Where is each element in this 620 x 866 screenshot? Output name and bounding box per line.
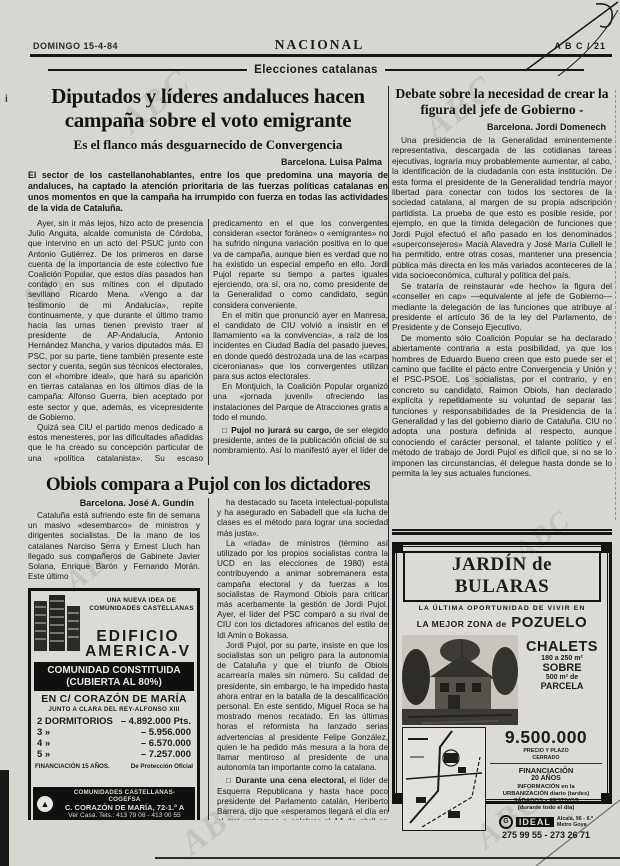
ad-corner-ornament [394,544,403,553]
article-body: Una presidencia de la Generalidad eminen… [392,135,612,525]
body-paragraph: En el mitin que pronunció ayer en Manres… [213,311,388,382]
ad-zone-line: LA MEJOR ZONA de POZUELO [395,614,609,632]
ad-banner: COMUNIDAD CONSTITUIDA (CUBIERTA AL 80%) [34,662,194,691]
ad-jardin-bularas: JARDÍN de BULARAS LA ÚLTIMA OPORTUNIDAD … [392,542,612,804]
cogefsa-logo-icon: ▲ [37,796,53,812]
news-brief: □ Durante una cena electoral, el líder d… [217,776,388,820]
page-body: Diputados y líderes andaluces hacen camp… [28,84,612,824]
section-rule [392,529,612,535]
byline: Barcelona. José A. Gundín [28,498,194,508]
price-row: 3 »– 5.956.000 [37,727,191,738]
body-paragraph: ha destacado su faceta intelectual-popul… [217,498,388,539]
section-kicker: Elecciones catalanas [254,64,378,76]
ad-edificio-america: UNA NUEVA IDEA DE COMUNIDADES CASTELLANA… [28,588,200,820]
buildings-illustration [33,593,85,651]
ad-footer: ▲ COMUNIDADES CASTELLANAS-COGEFSA C. COR… [33,787,195,820]
body-paragraph: En Montjuich, la Coalición Popular organ… [213,382,388,423]
ad-title: EDIFICIO AMERICA-V [81,629,195,659]
article-obiols-columns: Barcelona. José A. Gundín Cataluña está … [28,498,388,820]
body-paragraph: La «riada» de ministros (término así uti… [217,539,388,641]
price-row: 4 »– 6.570.000 [37,738,191,749]
kicker-rule-left [48,69,247,71]
ad-title: JARDÍN de BULARAS [403,551,601,602]
article-debate-jefe-gobierno: Debate sobre la necesidad de crear la fi… [392,84,612,804]
ad-phones: Ver Casa. Tels.: 413 79 08 - 413 00 55 [58,812,191,819]
ad-corner-ornament [601,544,610,553]
article-headline-obiols: Obiols compara a Pujol con los dictadore… [28,474,388,496]
ad-corner-ornament [394,793,403,802]
price-row: 2 DORMITORIOS– 4.892.000 Pts. [37,716,191,727]
article-columns: Ayer, sin ir más lejos, hizo acto de pre… [28,219,388,465]
location-map [402,727,486,831]
byline: Barcelona. Luisa Palma [28,157,382,167]
byline: Barcelona. Jordi Domenech [392,122,606,132]
lead-paragraph: El sector de los castellanohablantes, en… [28,170,388,214]
ad-chalets-block: CHALETS 180 a 250 m² SOBRE 500 m² de PAR… [522,635,602,725]
crease-artifact [530,786,620,866]
ad-financing-row: FINANCIACIÓN 15 AÑOS.De Protección Ofici… [33,763,195,770]
page-edge-rule [615,90,616,520]
obiols-column-1: Barcelona. José A. Gundín Cataluña está … [28,498,200,820]
body-paragraph: Se trataría de reinstaurar «de hecho» la… [392,281,612,333]
article-voto-emigrante: Diputados y líderes andaluces hacen camp… [28,84,388,820]
body-paragraph: De momento sólo Coalición Popular se ha … [392,333,612,479]
ad-price: 9.500.000 [490,727,602,748]
masthead: DOMINGO 15-4-84 NACIONAL A B C / 21 [33,37,606,53]
chalet-photo [402,635,518,725]
body-paragraph: Jordi Pujol, por su parte, insiste en qu… [217,641,388,774]
ad-slogan: LA ÚLTIMA OPORTUNIDAD DE VIVIR EN [395,605,609,612]
newspaper-page: ABC ABC ABC ABC ABC ABC ABC ABC i DOMING… [0,0,620,866]
scan-edge-artifact [0,770,9,866]
kicker-row: Elecciones catalanas [48,64,584,76]
article-subhead: Es el flanco más desguarnecido de Conver… [28,137,388,153]
ideal-logo-icon: G [499,815,513,829]
margin-mark: i [5,94,8,105]
body-paragraph: Una presidencia de la Generalidad eminen… [392,135,612,281]
body-paragraph: Cataluña está sufriendo este fin de sema… [28,511,200,582]
price-row: 5 »– 7.257.000 [37,749,191,760]
ad-address: C. CORAZÓN DE MARÍA, 72-1.º A [58,803,191,812]
body-paragraph: Ayer, sin ir más lejos, hizo acto de pre… [28,219,203,423]
ad-location: EN C/ CORAZÓN DE MARÍA [33,693,195,705]
ad-price-list: 2 DORMITORIOS– 4.892.000 Pts. 3 »– 5.956… [33,716,195,760]
ad-company: COMUNIDADES CASTELLANAS-COGEFSA [58,789,191,803]
article-headline: Debate sobre la necesidad de crear la fi… [392,86,612,118]
ad-middle-row: CHALETS 180 a 250 m² SOBRE 500 m² de PAR… [402,635,602,725]
article-headline: Diputados y líderes andaluces hacen camp… [28,84,388,132]
page-curl-artifact [524,0,620,76]
column-divider [388,86,389,812]
ad-location-sub: JUNTO A CLARA DEL REY-ALFONSO XIII [33,706,195,713]
section-title: NACIONAL [173,37,466,53]
obiols-column-2: ha destacado su faceta intelectual-popul… [208,498,388,820]
edition-date: DOMINGO 15-4-84 [33,41,173,51]
